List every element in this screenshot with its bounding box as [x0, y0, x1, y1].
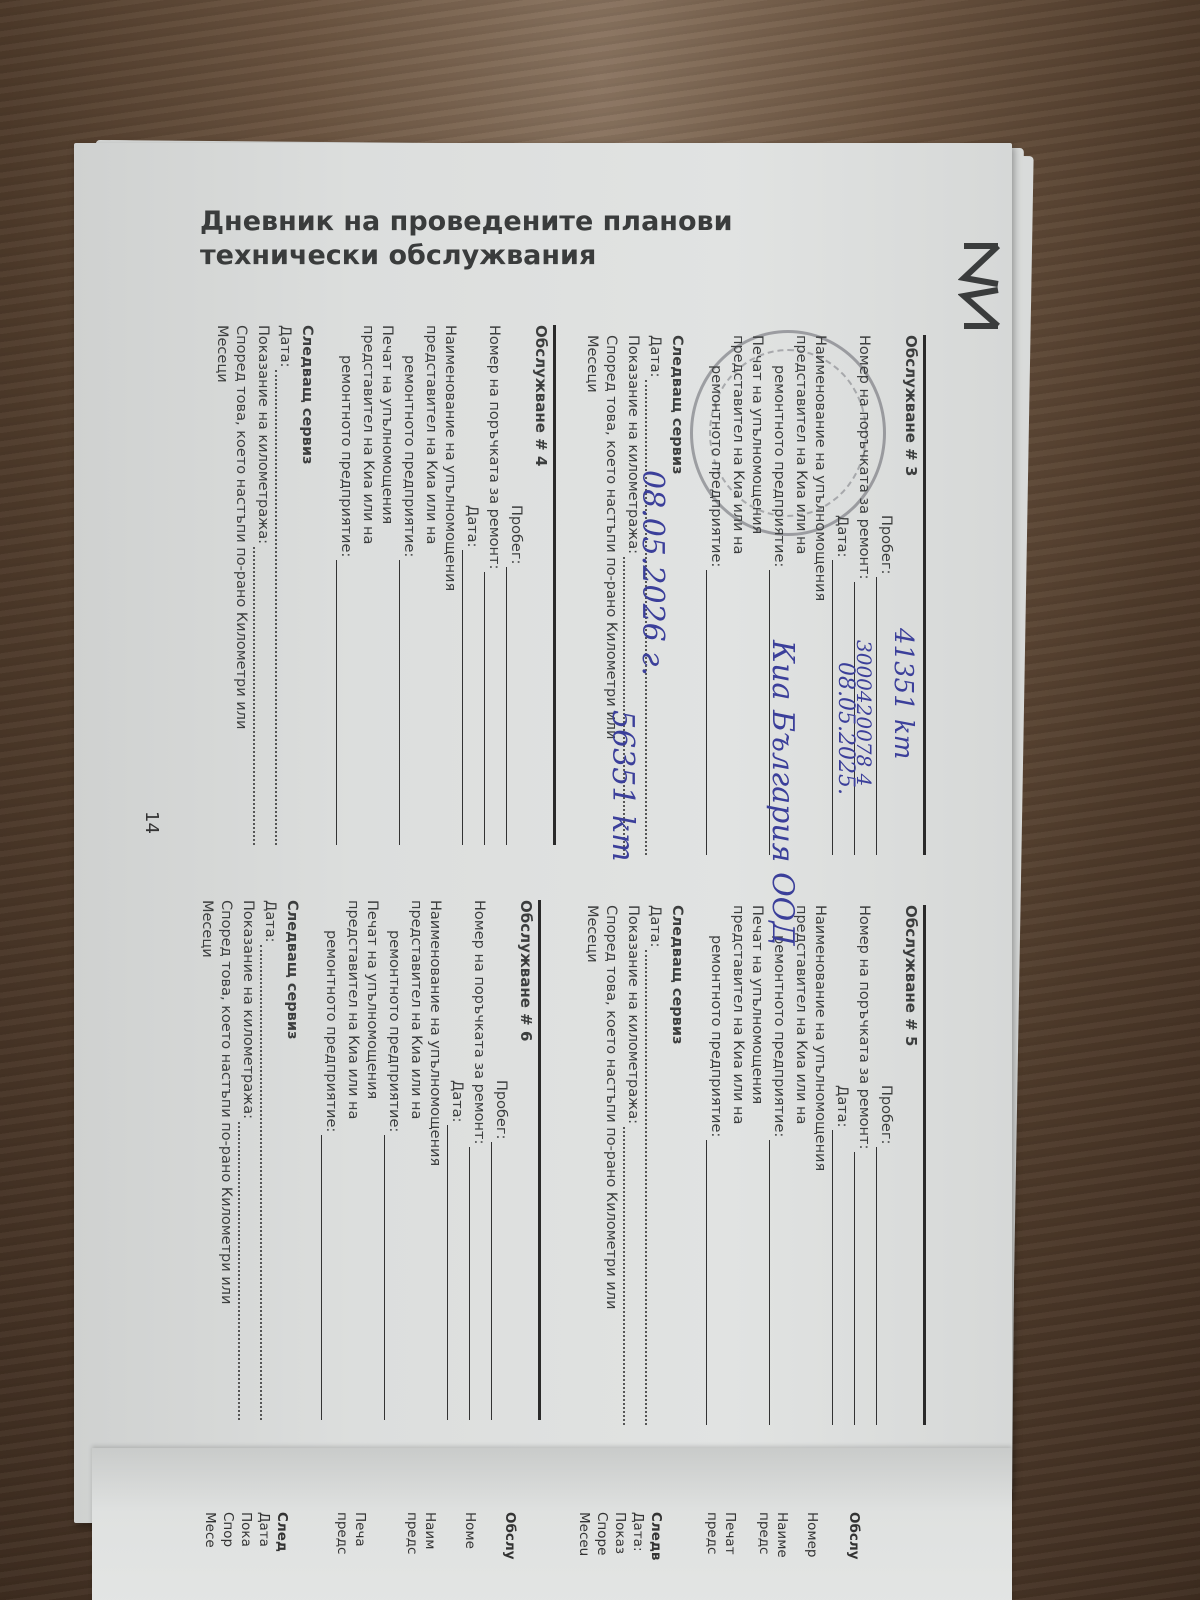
peek-line: След — [273, 1512, 290, 1552]
peek-line: предс — [755, 1512, 772, 1554]
peek-line: Печат — [721, 1512, 738, 1555]
stamp-label: Печат на упълномощения — [747, 905, 766, 1425]
mileage-field[interactable] — [876, 1147, 891, 1425]
order-number-field[interactable] — [484, 572, 499, 845]
peek-line: Месе — [201, 1512, 218, 1548]
title-line-2: технически обслужвания — [200, 239, 733, 273]
mileage-field[interactable] — [506, 567, 521, 845]
handwritten-next-date: 08.05.2026 г. — [635, 470, 670, 676]
rep-name-label: представител на Киа или на — [791, 905, 810, 1425]
rep-name-label: ремонтното предприятие: — [769, 935, 788, 1137]
next-service-header: Следващ сервиз — [297, 325, 316, 845]
peek-line: Пока — [237, 1512, 254, 1547]
next-date-field[interactable] — [645, 950, 660, 1425]
service-header: Обслужване # 4 — [531, 325, 550, 845]
service-header: Обслужване # 6 — [516, 900, 535, 1420]
peek-line: Месеu — [575, 1512, 592, 1556]
odometer-label: Показание на километража: — [623, 905, 642, 1124]
peek-line: Дата — [255, 1512, 272, 1547]
next-service-header: Следващ сервиз — [282, 900, 301, 1420]
order-number-label: Номер на поръчката за ремонт: — [469, 900, 488, 1144]
peek-line: Следв — [647, 1512, 664, 1560]
stamp-label: представител на Киа или на — [728, 905, 747, 1425]
odometer-field[interactable] — [623, 1127, 638, 1425]
odometer-label: Показание на километража: — [238, 900, 257, 1119]
service-header: Обслужване # 5 — [901, 905, 920, 1425]
order-number-field[interactable] — [469, 1147, 484, 1420]
stamp-label: представител на Киа или на — [358, 325, 377, 845]
date-field[interactable] — [462, 550, 477, 845]
next-date-label: Дата: — [645, 335, 664, 377]
mileage-label: Пробег: — [876, 515, 895, 574]
next-date-label: Дата: — [645, 905, 664, 947]
mileage-label: Пробег: — [491, 1080, 510, 1139]
peek-line: Печа — [351, 1512, 368, 1547]
stamp-label: представител на Киа или на — [728, 335, 747, 855]
rep-name-field[interactable] — [399, 560, 414, 845]
stamp-label: Печат на упълномощения — [362, 900, 381, 1420]
stamp-label: представител на Киа или на — [343, 900, 362, 1420]
peek-line: Наиме — [773, 1512, 790, 1558]
next-service-header: Следващ сервиз — [667, 905, 686, 1425]
mileage-field[interactable] — [491, 1142, 506, 1420]
peek-line: Номе — [461, 1512, 478, 1549]
rep-name-label: Наименование на упълномощения — [440, 325, 459, 845]
next-date-label: Дата: — [275, 325, 294, 367]
rep-name-label: Наименование на упълномощения — [425, 900, 444, 1420]
months-label: Месеци — [582, 335, 601, 855]
rep-name-field[interactable] — [384, 1135, 399, 1420]
stamp-field[interactable] — [336, 560, 351, 845]
date-label: Дата: — [832, 1085, 851, 1127]
order-number-label: Номер на поръчката за ремонт: — [484, 325, 503, 569]
mileage-label: Пробег: — [506, 505, 525, 564]
handwritten-next-odometer: 56351 km — [605, 710, 640, 862]
service-header: Обслужване # 3 — [901, 335, 920, 855]
rep-name-label: Наименование на упълномощения — [810, 335, 829, 855]
stamp-field[interactable] — [706, 570, 721, 855]
date-label: Дата: — [447, 1080, 466, 1122]
date-label: Дата: — [832, 515, 851, 557]
rep-name-label: ремонтното предприятие: — [769, 365, 788, 567]
handwritten-rep-name: Киа България ООД — [765, 640, 800, 946]
peek-line: предс — [703, 1512, 720, 1554]
handwritten-mileage: 41351 km — [888, 628, 918, 759]
odometer-label: Показание на километража: — [253, 325, 272, 544]
rep-name-field[interactable] — [769, 1140, 784, 1425]
handwritten-date: 08.05.2025. — [833, 662, 858, 795]
title-line-1: Дневник на проведените планови — [200, 205, 733, 239]
months-label: Месеци — [582, 905, 601, 1425]
peek-line: Обслу — [501, 1512, 518, 1560]
order-number-field[interactable] — [854, 1152, 869, 1425]
service-block-6: Обслужване # 6 Пробег: Номер на поръчкат… — [197, 900, 535, 1420]
whichever-label: Според това, което настъпи по-рано Килом… — [601, 905, 620, 1425]
whichever-label: Според това, което настъпи по-рано Килом… — [216, 900, 235, 1420]
peek-line: Спор — [219, 1512, 236, 1547]
order-number-label: Номер на поръчката за ремонт: — [854, 905, 873, 1149]
page-title: Дневник на проведените планови техническ… — [200, 205, 733, 273]
stamp-label: ремонтното предприятие: — [706, 935, 725, 1137]
whichever-label: Според това, което настъпи по-рано Килом… — [231, 325, 250, 845]
peek-line: Дата: — [629, 1512, 646, 1552]
stamp-label: ремонтното предприятие: — [706, 365, 725, 567]
stamp-label: Печат на упълномощения — [747, 335, 766, 855]
stamp-field[interactable] — [706, 1140, 721, 1425]
stamp-label: Печат на упълномощения — [377, 325, 396, 845]
odometer-field[interactable] — [238, 1122, 253, 1420]
peek-line: Наим — [421, 1512, 438, 1549]
rep-name-label: представител на Киа или на — [406, 900, 425, 1420]
rep-name-label: ремонтното предприятие: — [399, 355, 418, 557]
peek-line: предс — [403, 1512, 420, 1554]
odometer-field[interactable] — [253, 547, 268, 845]
rep-name-label: представител на Киа или на — [421, 325, 440, 845]
rep-name-label: ремонтното предприятие: — [384, 930, 403, 1132]
stamp-label: ремонтното предприятие: — [321, 930, 340, 1132]
months-label: Месеци — [212, 325, 231, 845]
rep-name-label: Наименование на упълномощения — [810, 905, 829, 1425]
date-field[interactable] — [832, 1130, 847, 1425]
stamp-label: ремонтното предприятие: — [336, 355, 355, 557]
kia-logo-icon — [958, 238, 1004, 334]
next-date-field[interactable] — [260, 945, 275, 1420]
mileage-label: Пробег: — [876, 1085, 895, 1144]
order-number-label: Номер на поръчката за ремонт: — [854, 335, 873, 579]
service-block-5: Обслужване # 5 Пробег: Номер на поръчкат… — [582, 905, 920, 1425]
peek-line: Спорe — [593, 1512, 610, 1555]
date-field[interactable] — [447, 1125, 462, 1420]
page-number: 14 — [141, 811, 162, 834]
months-label: Месеци — [197, 900, 216, 1420]
next-date-field[interactable] — [275, 370, 290, 845]
peek-line: Обслу — [845, 1512, 862, 1560]
date-label: Дата: — [462, 505, 481, 547]
peek-line: предс — [333, 1512, 350, 1554]
stamp-field[interactable] — [321, 1135, 336, 1420]
peek-line: Показ — [611, 1512, 628, 1554]
service-block-4: Обслужване # 4 Пробег: Номер на поръчкат… — [212, 325, 550, 845]
next-date-label: Дата: — [260, 900, 279, 942]
peek-line: Номер — [803, 1512, 820, 1557]
